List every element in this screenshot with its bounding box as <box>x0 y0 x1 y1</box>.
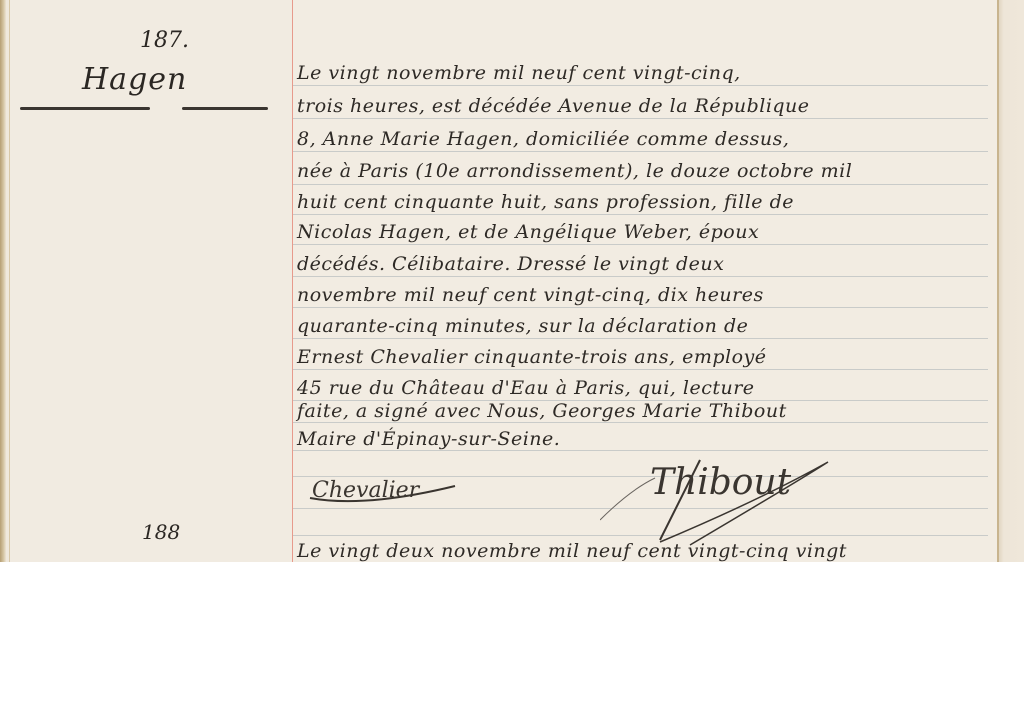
ruled-line <box>293 307 988 308</box>
entry-187-line-12: faite, a signé avec Nous, Georges Marie … <box>297 400 787 422</box>
ruled-line <box>293 244 988 245</box>
right-page-edge <box>997 0 1024 562</box>
register-page-scan: 187. Hagen 188 Le vingt novembre mil neu… <box>0 0 1024 562</box>
entry-surname-hagen: Hagen <box>82 62 187 97</box>
ruled-line <box>293 422 988 423</box>
entry-187-line-1: Le vingt novembre mil neuf cent vingt-ci… <box>297 62 741 84</box>
entry-187-line-4: née à Paris (10e arrondissement), le dou… <box>297 160 852 182</box>
blank-white-area <box>0 562 1024 707</box>
ruled-line <box>293 369 988 370</box>
entry-187-line-8: novembre mil neuf cent vingt-cinq, dix h… <box>297 284 764 306</box>
ruled-line <box>293 276 988 277</box>
ruled-line <box>293 214 988 215</box>
entry-187-line-2: trois heures, est décédée Avenue de la R… <box>297 95 810 117</box>
entry-187-line-13: Maire d'Épinay-sur-Seine. <box>297 428 560 450</box>
entry-187-line-10: Ernest Chevalier cinquante-trois ans, em… <box>297 346 767 368</box>
entry-187-line-9: quarante-cinq minutes, sur la déclaratio… <box>297 315 748 337</box>
ruled-line <box>293 338 988 339</box>
ruled-line <box>293 184 988 185</box>
surname-underline-left <box>20 107 150 110</box>
entry-187-line-3: 8, Anne Marie Hagen, domiciliée comme de… <box>297 128 789 150</box>
entry-187-line-6: Nicolas Hagen, et de Angélique Weber, ép… <box>297 221 759 243</box>
left-binding-edge <box>0 0 6 562</box>
right-page-fold <box>997 0 999 562</box>
ruled-line <box>293 85 988 86</box>
ruled-line <box>293 118 988 119</box>
entry-187-line-7: décédés. Célibataire. Dressé le vingt de… <box>297 253 724 275</box>
surname-underline-right <box>182 107 268 110</box>
entry-188-line-1: Le vingt deux novembre mil neuf cent vin… <box>297 540 847 562</box>
entry-number-187: 187. <box>140 28 189 53</box>
mayor-signature-flourish <box>600 450 840 550</box>
entry-number-188: 188 <box>142 520 180 544</box>
declarant-signature-flourish <box>305 478 465 508</box>
entry-187-line-11: 45 rue du Château d'Eau à Paris, qui, le… <box>297 377 755 399</box>
ruled-line <box>293 151 988 152</box>
entry-187-line-5: huit cent cinquante huit, sans professio… <box>297 191 794 213</box>
